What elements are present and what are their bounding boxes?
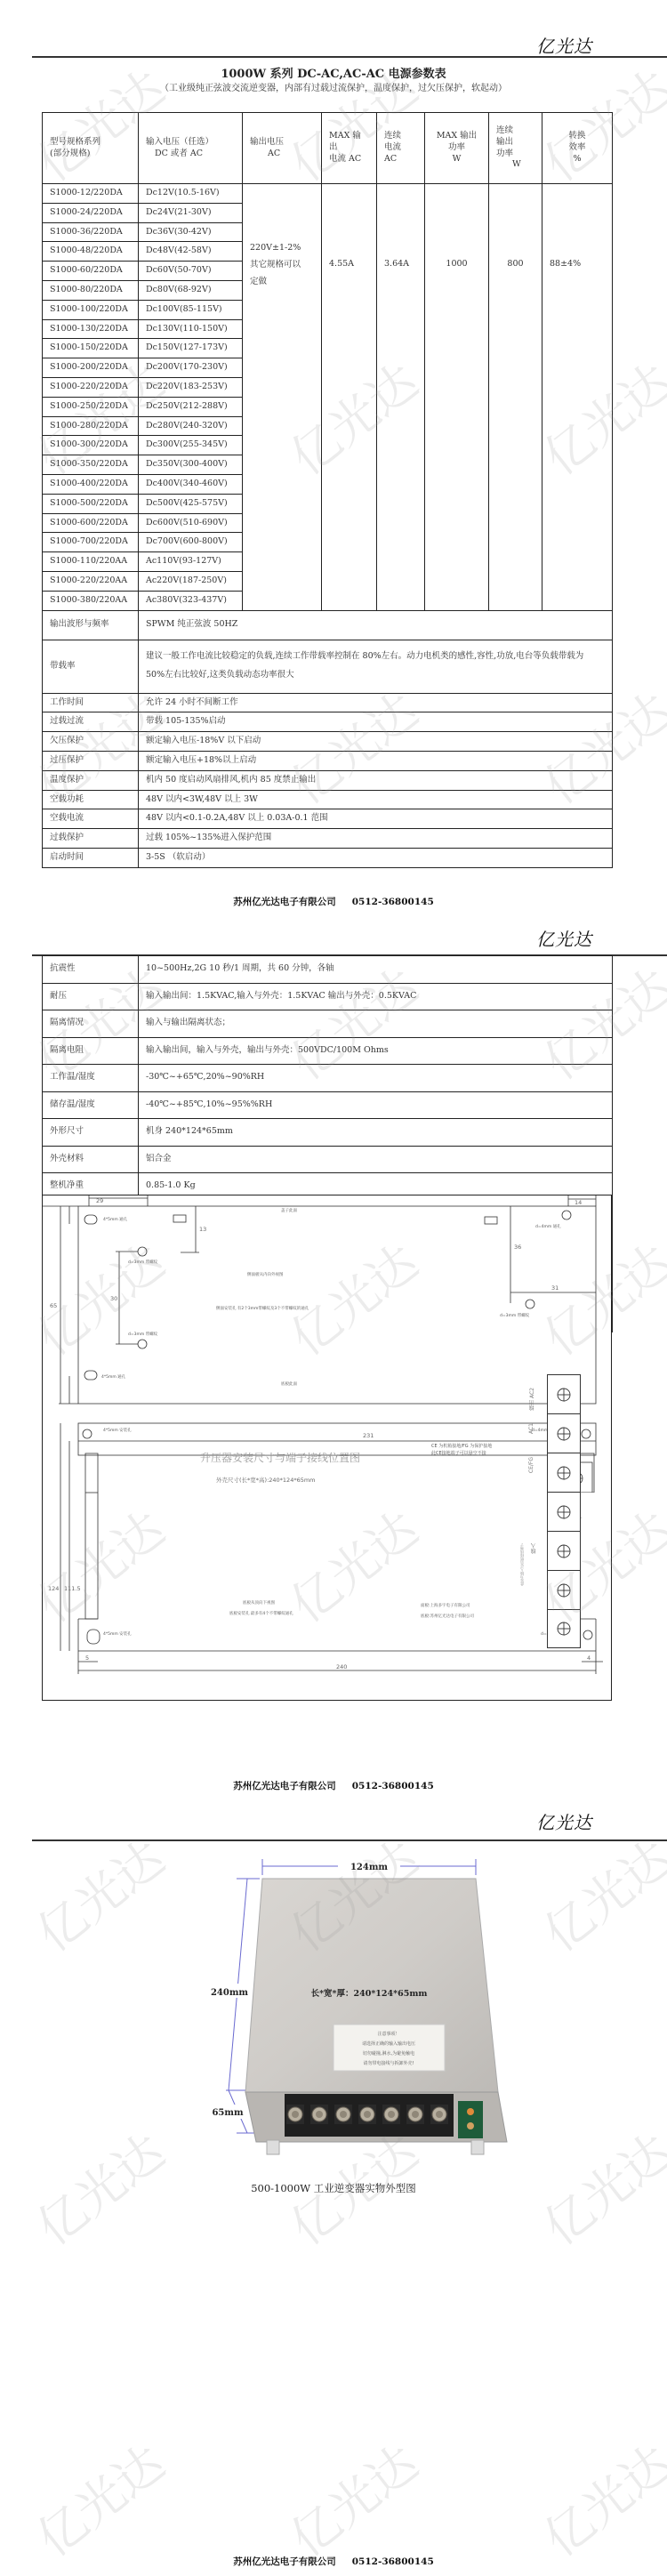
input-voltage-cell: Dc200V(170-230V) xyxy=(139,358,243,378)
watermark: 亿光达 xyxy=(20,1822,176,1964)
model-cell: S1000-100/220DA xyxy=(43,300,139,319)
spec-label: 外壳材料 xyxy=(43,1146,139,1173)
mounting-drawing: 29 14 65 30 13 31 36 231 4*5mm 通孔 4*5mm … xyxy=(42,1195,612,1493)
terminal-screw-icon xyxy=(547,1374,581,1413)
drawing-title: 升压器安装尺寸与端子接线位置图 xyxy=(200,1450,360,1465)
terminal-label-cefg: CE/FG xyxy=(528,1457,534,1473)
input-voltage-cell: Ac110V(93-127V) xyxy=(139,552,243,572)
spec-row: 隔离情况输入与输出隔离状态； xyxy=(43,1010,613,1038)
efficiency-cell: 88±4% xyxy=(542,184,613,611)
model-cell: S1000-600/220DA xyxy=(43,513,139,533)
spec-row: 启动时间3-5S （软启动） xyxy=(43,848,613,867)
input-voltage-cell: Dc700V(600-800V) xyxy=(139,533,243,552)
svg-text:14: 14 xyxy=(575,1199,582,1206)
product-photo: 124mm 240mm 65mm 长*宽*厚：240*124*65mm 注意事项… xyxy=(160,1859,534,2161)
spec-label: 抗震性 xyxy=(43,956,139,984)
svg-text:13: 13 xyxy=(199,1226,206,1233)
svg-text:4*5mm 安装孔: 4*5mm 安装孔 xyxy=(103,1630,132,1637)
header-cont-current: 连续电流AC xyxy=(377,113,425,184)
spec-label: 欠压保护 xyxy=(43,732,139,752)
spec-row: 空载电流48V 以内<0.1-0.2A,48V 以上 0.03A-0.1 范围 xyxy=(43,809,613,829)
svg-text:4*5mm 通孔: 4*5mm 通孔 xyxy=(103,1216,128,1222)
svg-text:长*宽*厚：240*124*65mm: 长*宽*厚：240*124*65mm xyxy=(311,1988,428,1999)
brand-logo: 亿光达 xyxy=(536,32,592,58)
spec-value: 48V 以内<3W,48V 以上 3W xyxy=(139,790,613,809)
svg-text:29: 29 xyxy=(96,1197,103,1204)
svg-text:4: 4 xyxy=(587,1654,591,1662)
spec-label: 外形尺寸 xyxy=(43,1119,139,1147)
header-efficiency: 转换效率% xyxy=(542,113,613,184)
svg-text:底板安装孔 最多有4个不带螺纹通孔: 底板安装孔 最多有4个不带螺纹通孔 xyxy=(229,1610,293,1616)
spec-value: 输入输出间：1.5KVAC,输入与外壳：1.5KVAC 输出与外壳：0.5KVA… xyxy=(139,983,613,1010)
model-cell: S1000-700/220DA xyxy=(43,533,139,552)
terminal-screw-icon xyxy=(547,1570,581,1609)
brand-logo-page2: 亿光达 xyxy=(536,925,592,951)
svg-text:切勿碰撞,淋水,为避免触电: 切勿碰撞,淋水,为避免触电 xyxy=(363,2050,414,2057)
header-cont-power: 连续输出功率W xyxy=(489,113,542,184)
spec-row: 空载功耗48V 以内<3W,48V 以上 3W xyxy=(43,790,613,809)
svg-text:124mm: 124mm xyxy=(350,1863,388,1872)
svg-text:65: 65 xyxy=(50,1302,57,1309)
spec-value: SPWM 纯正弦波 50HZ xyxy=(139,610,613,640)
spec-label: 工作时间 xyxy=(43,693,139,712)
input-voltage-cell: Dc80V(68-92V) xyxy=(139,280,243,300)
spec-value: 输入输出间，输入与外壳，输出与外壳：500VDC/100M Ohms xyxy=(139,1037,613,1065)
spec-row: 抗震性10~500Hz,2G 10 秒/1 周期，共 60 分钟，各轴 xyxy=(43,956,613,984)
header-max-power: MAX 输出功率W xyxy=(425,113,489,184)
spec-value: 48V 以内<0.1-0.2A,48V 以上 0.03A-0.1 范围 xyxy=(139,809,613,829)
spec-row: 外形尺寸机身 240*124*65mm xyxy=(43,1119,613,1147)
svg-text:111.5: 111.5 xyxy=(64,1585,81,1592)
spec-value: 机身 240*124*65mm xyxy=(139,1119,613,1147)
watermark: 亿光达 xyxy=(20,2427,176,2569)
header-rule-page3 xyxy=(32,1839,667,1841)
svg-text:65mm: 65mm xyxy=(212,2108,243,2118)
model-cell: S1000-80/220DA xyxy=(43,280,139,300)
terminal-label-output: 输出 AC2 xyxy=(528,1388,536,1411)
spec-row: 过载过流带载 105-135%启动 xyxy=(43,712,613,732)
svg-text:注意事项！: 注意事项！ xyxy=(377,2031,399,2037)
watermark: 亿光达 xyxy=(527,1822,667,1964)
svg-text:d=3mm 带螺纹: d=3mm 带螺纹 xyxy=(128,1259,158,1265)
terminal-screw-icon xyxy=(547,1492,581,1531)
spec-row: 耐压输入输出间：1.5KVAC,输入与外壳：1.5KVAC 输出与外壳：0.5K… xyxy=(43,983,613,1010)
svg-text:外壳尺寸(长*宽*高):240*124*65mm: 外壳尺寸(长*宽*高):240*124*65mm xyxy=(216,1476,316,1484)
model-cell: S1000-220/220AA xyxy=(43,571,139,591)
svg-text:底板此面: 底板此面 xyxy=(281,1381,297,1387)
model-cell: S1000-150/220DA xyxy=(43,339,139,358)
photo-caption: 500-1000W 工业逆变器实物外型图 xyxy=(0,2181,667,2195)
spec-value: 10~500Hz,2G 10 秒/1 周期，共 60 分钟，各轴 xyxy=(139,956,613,984)
spec-label: 空载电流 xyxy=(43,809,139,829)
input-voltage-cell: Dc400V(340-460V) xyxy=(139,474,243,494)
watermark: 亿光达 xyxy=(274,2427,430,2569)
spec-value: 额定输入电压-18%V 以下启动 xyxy=(139,732,613,752)
model-cell: S1000-130/220DA xyxy=(43,319,139,339)
svg-text:底板从顶向下视图: 底板从顶向下视图 xyxy=(243,1599,275,1606)
spec-value: 过载 105%~135%进入保护范围 xyxy=(139,829,613,849)
spec-row: 带载率建议一般工作电流比较稳定的负载,连续工作带载率控制在 80%左右。动力电机… xyxy=(43,640,613,693)
input-voltage-cell: Ac380V(323-437V) xyxy=(139,591,243,610)
svg-text:36: 36 xyxy=(514,1244,521,1251)
model-cell: S1000-300/220DA xyxy=(43,436,139,455)
svg-text:5: 5 xyxy=(85,1654,89,1662)
terminal-label-input: 输入 xyxy=(530,1543,538,1554)
svg-text:侧面板从内向外视图: 侧面板从内向外视图 xyxy=(247,1271,284,1277)
output-voltage-cell: 220V±1-2%其它规格可以定做 xyxy=(243,184,322,611)
input-voltage-cell: Dc220V(183-253V) xyxy=(139,377,243,397)
spec-label: 过载过流 xyxy=(43,712,139,732)
spec-value: 带载 105-135%启动 xyxy=(139,712,613,732)
svg-text:240mm: 240mm xyxy=(211,1988,248,1998)
header-max-current: MAX 输出电流 AC xyxy=(322,113,377,184)
header-model: 型号规格系列(部分规格) xyxy=(43,113,139,184)
spec-label: 过载保护 xyxy=(43,829,139,849)
spec-row: 过载保护过载 105%~135%进入保护范围 xyxy=(43,829,613,849)
header-output-voltage: 输出电压AC xyxy=(243,113,322,184)
spec-label: 过压保护 xyxy=(43,751,139,770)
page-title: 1000W 系列 DC-AC,AC-AC 电源参数表 xyxy=(0,64,667,81)
spec-label: 隔离电阻 xyxy=(43,1037,139,1065)
input-voltage-cell: Dc350V(300-400V) xyxy=(139,455,243,475)
input-voltage-cell: Ac220V(187-250V) xyxy=(139,571,243,591)
spec-row: 外壳材料铝合金 xyxy=(43,1146,613,1173)
svg-text:240: 240 xyxy=(336,1663,347,1670)
ce-note: CE 为机箱接地/FG 为保护接地此CE接地端子可以悬空不接 xyxy=(431,1443,492,1457)
cont-power-cell: 800 xyxy=(489,184,542,611)
spec-row: 工作温/湿度-30℃~+65℃,20%~90%RH xyxy=(43,1065,613,1092)
model-cell: S1000-24/220DA xyxy=(43,203,139,222)
spec-label: 空载功耗 xyxy=(43,790,139,809)
input-voltage-cell: Dc600V(510-690V) xyxy=(139,513,243,533)
model-cell: S1000-380/220AA xyxy=(43,591,139,610)
mounting-diagram: 29 14 65 30 13 31 36 231 4*5mm 通孔 4*5mm … xyxy=(43,1195,611,1493)
svg-text:盖子此面: 盖子此面 xyxy=(281,1207,297,1213)
model-cell: S1000-220/220DA xyxy=(43,377,139,397)
terminal-diagram: 240 5 4 124 111.5 4*5mm 安装孔 d=4mm 通孔 底板从… xyxy=(43,1493,611,1699)
model-cell: S1000-280/220DA xyxy=(43,416,139,436)
svg-text:4*5mm 通孔: 4*5mm 通孔 xyxy=(101,1373,126,1380)
input-voltage-cell: Dc100V(85-115V) xyxy=(139,300,243,319)
svg-text:231: 231 xyxy=(363,1432,374,1439)
input-voltage-cell: Dc500V(425-575V) xyxy=(139,494,243,513)
model-cell: S1000-12/220DA xyxy=(43,184,139,204)
spec-value: 输入与输出隔离状态； xyxy=(139,1010,613,1038)
spec-label: 启动时间 xyxy=(43,848,139,867)
model-cell: S1000-60/220DA xyxy=(43,262,139,281)
svg-text:侧面安装孔 有2个3mm带螺纹及3个不带螺纹的通孔: 侧面安装孔 有2个3mm带螺纹及3个不带螺纹的通孔 xyxy=(216,1305,309,1311)
model-cell: S1000-500/220DA xyxy=(43,494,139,513)
spec-value: -40℃~+85℃,10%~95%%RH xyxy=(139,1091,613,1119)
model-cell: S1000-36/220DA xyxy=(43,222,139,242)
max-power-cell: 1000 xyxy=(425,184,489,611)
brand-logo-page3: 亿光达 xyxy=(536,1808,592,1834)
spec-row: 工作时间允许 24 小时不间断工作 xyxy=(43,693,613,712)
spec-value: 允许 24 小时不间断工作 xyxy=(139,693,613,712)
spec-value: 铝合金 xyxy=(139,1146,613,1173)
input-voltage-cell: Dc48V(42-58V) xyxy=(139,242,243,262)
terminal-column xyxy=(547,1374,581,1648)
table-row: S1000-12/220DADc12V(10.5-16V)220V±1-2%其它… xyxy=(43,184,613,204)
terminal-label-ac1: AC1 xyxy=(528,1423,534,1434)
input-voltage-cell: Dc24V(21-30V) xyxy=(139,203,243,222)
input-voltage-cell: Dc130V(110-150V) xyxy=(139,319,243,339)
spec-row: 欠压保护额定输入电压-18%V 以下启动 xyxy=(43,732,613,752)
max-current-cell: 4.55A xyxy=(322,184,377,611)
svg-text:30: 30 xyxy=(110,1295,117,1302)
spec-label: 工作温/湿度 xyxy=(43,1065,139,1092)
spec-label: 带载率 xyxy=(43,640,139,693)
watermark: 亿光达 xyxy=(527,2427,667,2569)
model-cell: S1000-400/220DA xyxy=(43,474,139,494)
spec-value: 建议一般工作电流比较稳定的负载,连续工作带载率控制在 80%左右。动力电机类的感… xyxy=(139,640,613,693)
spec-value: 额定输入电压+18%以上启动 xyxy=(139,751,613,770)
spec-label: 储存温/湿度 xyxy=(43,1091,139,1119)
svg-text:124: 124 xyxy=(48,1585,59,1592)
spec-row: 温度保护机内 50 度启动风扇排风,机内 85 度禁止输出 xyxy=(43,770,613,790)
input-voltage-cell: Dc280V(240-320V) xyxy=(139,416,243,436)
svg-text:31: 31 xyxy=(551,1284,559,1292)
terminal-screw-icon xyxy=(547,1413,581,1453)
terminal-input-note: 此处为输入正负极接线端子 xyxy=(519,1543,525,1586)
model-cell: S1000-110/220AA xyxy=(43,552,139,572)
table-header-row: 型号规格系列(部分规格) 输入电压（任选）DC 或者 AC 输出电压AC MAX… xyxy=(43,113,613,184)
spec-value: 机内 50 度启动风扇排风,机内 85 度禁止输出 xyxy=(139,770,613,790)
spec-value: -30℃~+65℃,20%~90%RH xyxy=(139,1065,613,1092)
svg-text:面板:上海多宇电子有限公司: 面板:上海多宇电子有限公司 xyxy=(421,1602,470,1608)
svg-text:d=3mm 带螺纹: d=3mm 带螺纹 xyxy=(500,1312,530,1318)
svg-text:d=3mm 带螺纹: d=3mm 带螺纹 xyxy=(128,1331,158,1337)
spec-value: 3-5S （软启动） xyxy=(139,848,613,867)
input-voltage-cell: Dc250V(212-288V) xyxy=(139,397,243,416)
model-cell: S1000-250/220DA xyxy=(43,397,139,416)
spec-label: 温度保护 xyxy=(43,770,139,790)
page-subtitle: （工业级纯正弦波交流逆变器，内部有过载过流保护，温度保护，过欠压保护，软起动） xyxy=(0,80,667,93)
model-cell: S1000-48/220DA xyxy=(43,242,139,262)
svg-text:d=4mm 通孔: d=4mm 通孔 xyxy=(535,1223,561,1229)
svg-text:请勿带电接线与拆卸外壳!: 请勿带电接线与拆卸外壳! xyxy=(363,2060,414,2066)
page2-footer: 苏州亿光达电子有限公司0512-36800145 xyxy=(0,1779,667,1792)
input-voltage-cell: Dc300V(255-345V) xyxy=(139,436,243,455)
svg-text:请选择正确的输入输出电压: 请选择正确的输入输出电压 xyxy=(362,2041,415,2047)
svg-text:4*5mm 安装孔: 4*5mm 安装孔 xyxy=(103,1427,132,1433)
input-voltage-cell: Dc12V(10.5-16V) xyxy=(139,184,243,204)
input-voltage-cell: Dc36V(30-42V) xyxy=(139,222,243,242)
model-cell: S1000-200/220DA xyxy=(43,358,139,378)
model-cell: S1000-350/220DA xyxy=(43,455,139,475)
spec-row: 隔离电阻输入输出间，输入与外壳，输出与外壳：500VDC/100M Ohms xyxy=(43,1037,613,1065)
cont-current-cell: 3.64A xyxy=(377,184,425,611)
input-voltage-cell: Dc60V(50-70V) xyxy=(139,262,243,281)
spec-label: 耐压 xyxy=(43,983,139,1010)
spec-row: 过压保护额定输入电压+18%以上启动 xyxy=(43,751,613,770)
page3-footer: 苏州亿光达电子有限公司0512-36800145 xyxy=(0,2555,667,2568)
parameter-table: 型号规格系列(部分规格) 输入电压（任选）DC 或者 AC 输出电压AC MAX… xyxy=(42,112,613,868)
spec-label: 隔离情况 xyxy=(43,1010,139,1038)
header-input-voltage: 输入电压（任选）DC 或者 AC xyxy=(139,113,243,184)
terminal-screw-icon xyxy=(547,1453,581,1492)
spec-row: 储存温/湿度-40℃~+85℃,10%~95%%RH xyxy=(43,1091,613,1119)
terminal-screw-icon xyxy=(547,1531,581,1570)
terminal-screw-icon xyxy=(547,1609,581,1648)
header-rule xyxy=(32,56,667,58)
mounting-drawing-lower: 240 5 4 124 111.5 4*5mm 安装孔 d=4mm 通孔 底板从… xyxy=(42,1493,612,1701)
svg-text:底板:苏州亿光达电子有限公司: 底板:苏州亿光达电子有限公司 xyxy=(421,1613,475,1619)
input-voltage-cell: Dc150V(127-173V) xyxy=(139,339,243,358)
spec-label: 输出波形与频率 xyxy=(43,610,139,640)
spec-row: 输出波形与频率SPWM 纯正弦波 50HZ xyxy=(43,610,613,640)
page1-footer: 苏州亿光达电子有限公司0512-36800145 xyxy=(0,895,667,908)
